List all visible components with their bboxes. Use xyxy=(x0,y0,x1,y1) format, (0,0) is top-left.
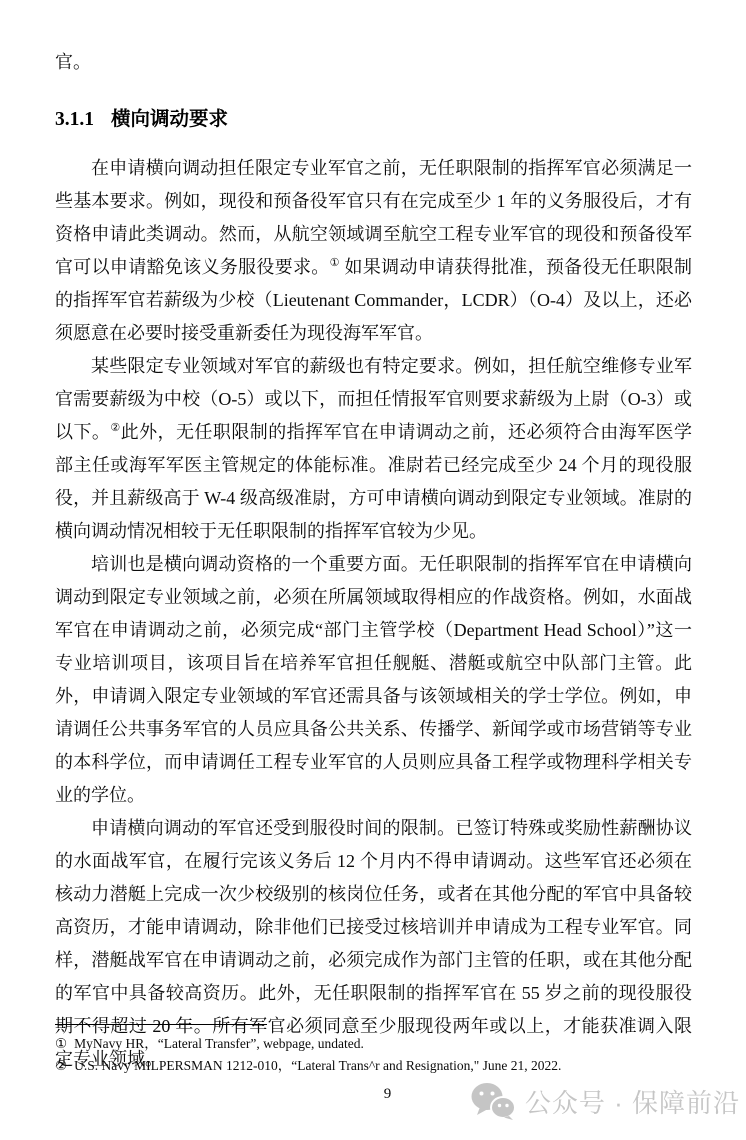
section-title: 横向调动要求 xyxy=(111,108,228,130)
wechat-icon xyxy=(470,1082,516,1120)
footnote-ref-2: ② xyxy=(110,422,120,434)
footnote-1-text: MyNavy HR，“Lateral Transfer”, webpage, u… xyxy=(74,1036,364,1051)
section-heading: 3.1.1横向调动要求 xyxy=(55,105,692,134)
footnote-2-marker: ② xyxy=(55,1058,67,1073)
paragraph-3: 培训也是横向调动资格的一个重要方面。无任职限制的指挥军官在申请横向调动到限定专业… xyxy=(55,548,692,812)
footnote-2: ②U.S. Navy MILPERSMAN 1212-010，“Lateral … xyxy=(55,1055,692,1077)
footnotes-section: ①MyNavy HR，“Lateral Transfer”, webpage, … xyxy=(55,1024,692,1076)
paragraph-2-text-cont: 此外，无任职限制的指挥军官在申请调动之前，还必须符合由海军医学部主任或海军军医主… xyxy=(55,422,692,541)
watermark: 公众号 · 保障前沿 xyxy=(470,1082,740,1120)
footnote-ref-1: ① xyxy=(330,257,340,269)
document-content: 官。 3.1.1横向调动要求 在申请横向调动担任限定专业军官之前，无任职限制的指… xyxy=(55,46,692,1076)
footnote-2-text: U.S. Navy MILPERSMAN 1212-010，“Lateral T… xyxy=(74,1058,561,1073)
paragraph-2: 某些限定专业领域对军官的薪级也有特定要求。例如，担任航空维修专业军官需要薪级为中… xyxy=(55,350,692,548)
carryover-text: 官。 xyxy=(55,46,692,79)
document-page: 官。 3.1.1横向调动要求 在申请横向调动担任限定专业军官之前，无任职限制的指… xyxy=(0,0,746,1140)
paragraph-3-text: 培训也是横向调动资格的一个重要方面。无任职限制的指挥军官在申请横向调动到限定专业… xyxy=(55,554,692,805)
section-number: 3.1.1 xyxy=(55,109,94,130)
footnote-1: ①MyNavy HR，“Lateral Transfer”, webpage, … xyxy=(55,1033,692,1055)
footnote-separator xyxy=(55,1024,267,1025)
watermark-text: 公众号 · 保障前沿 xyxy=(525,1083,740,1120)
footnote-1-marker: ① xyxy=(55,1036,67,1051)
paragraph-1: 在申请横向调动担任限定专业军官之前，无任职限制的指挥军官必须满足一些基本要求。例… xyxy=(55,152,692,350)
